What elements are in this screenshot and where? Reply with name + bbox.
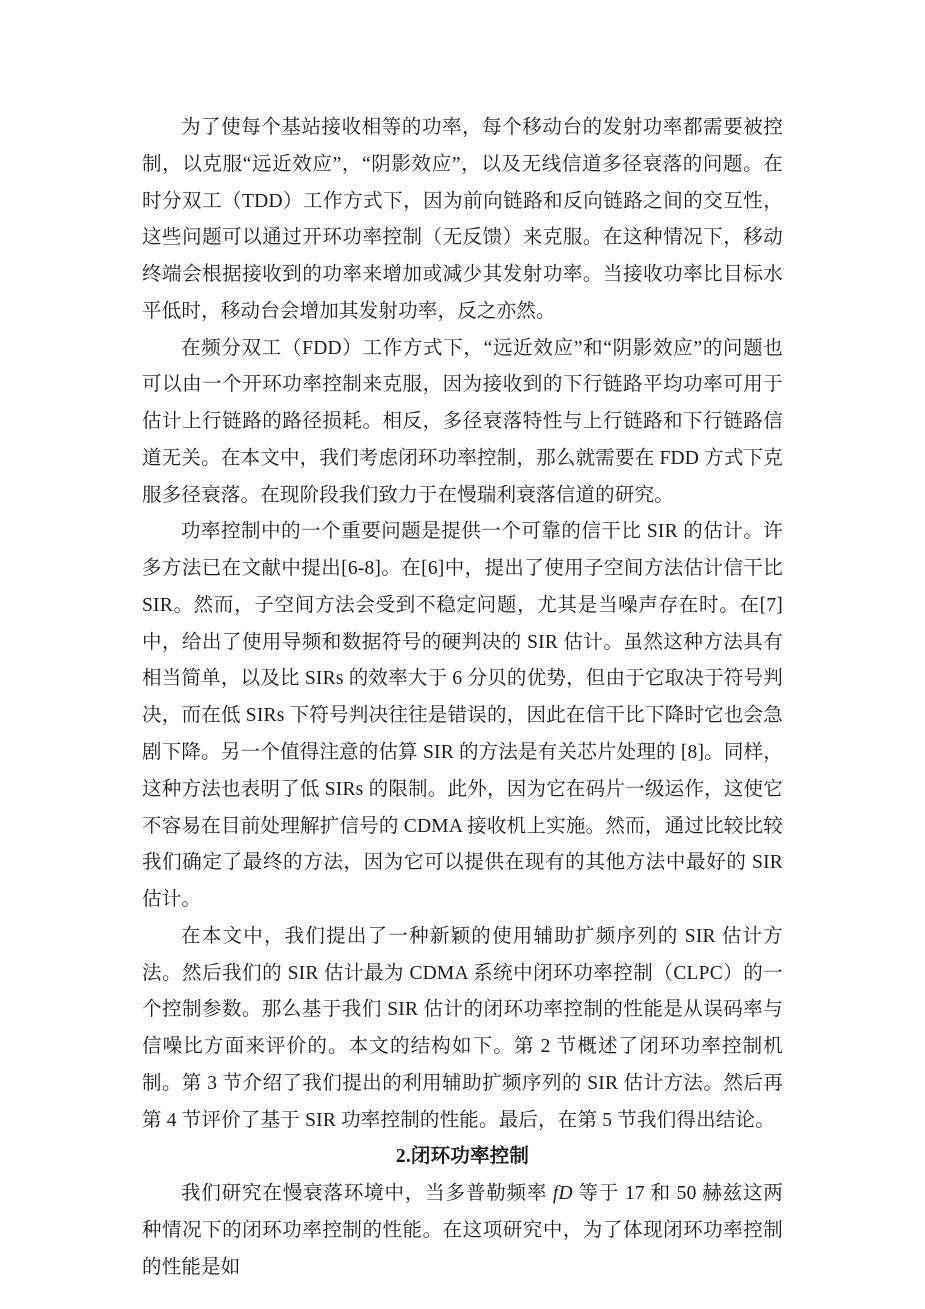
section-heading-closed-loop-power-control: 2.闭环功率控制 [142,1139,783,1176]
paragraph-doppler-study: 我们研究在慢衰落环境中，当多普勒频率 fD 等于 17 和 50 赫兹这两种情况… [142,1176,783,1286]
final-paragraph-pre: 我们研究在慢衰落环境中，当多普勒频率 [181,1183,553,1204]
paragraph-fdd-open-loop: 在频分双工（FDD）工作方式下，“远近效应”和“阴影效应”的问题也可以由一个开环… [142,331,783,515]
doppler-frequency-variable: fD [553,1183,573,1204]
document-body: 为了使每个基站接收相等的功率，每个移动台的发射功率都需要被控制，以克服“远近效应… [142,110,783,1287]
paragraph-sir-estimation-review: 功率控制中的一个重要问题是提供一个可靠的信干比 SIR 的估计。许多方法已在文献… [142,514,783,918]
paragraph-power-control-intro: 为了使每个基站接收相等的功率，每个移动台的发射功率都需要被控制，以克服“远近效应… [142,110,783,331]
paragraph-proposed-method: 在本文中，我们提出了一种新颖的使用辅助扩频序列的 SIR 估计方法。然后我们的 … [142,919,783,1140]
document-page: 为了使每个基站接收相等的功率，每个移动台的发射功率都需要被控制，以克服“远近效应… [0,0,925,1309]
